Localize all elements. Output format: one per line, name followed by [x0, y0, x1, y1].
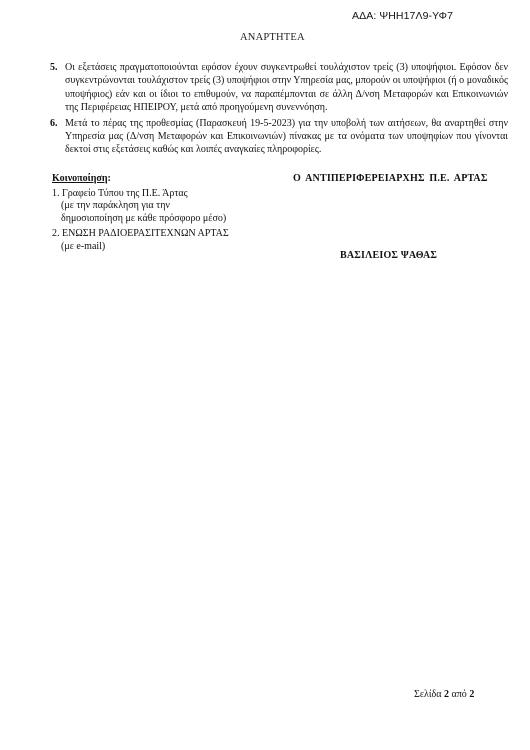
page-total: 2: [469, 689, 474, 700]
page-of-label: από: [452, 689, 467, 700]
item-number: 6.: [50, 117, 58, 130]
distribution-recipient: 1. Γραφείο Τύπου της Π.Ε. Άρτας: [52, 188, 188, 199]
list-item: 6. Μετά το πέρας της προθεσμίας (Παρασκε…: [50, 117, 508, 157]
signer-name: ΒΑΣΙΛΕΙΟΣ ΨΑΘΑΣ: [340, 250, 437, 261]
numbered-items: 5. Οι εξετάσεις πραγματοποιούνται εφόσον…: [50, 61, 508, 159]
signer-title: Ο ΑΝΤΙΠΕΡΙΦΕΡΕΙΑΡΧΗΣ Π.Ε. ΑΡΤΑΣ: [293, 173, 488, 184]
distribution-title-text: Κοινοποίηση: [52, 173, 108, 184]
distribution-entry: 2. ΕΝΩΣΗ ΡΑΔΙΟΕΡΑΣΙΤΕΧΝΩΝ ΑΡΤΑΣ (με e-ma…: [52, 228, 272, 253]
posting-stamp: ΑΝΑΡΤΗΤΕΑ: [240, 32, 305, 43]
distribution-note: δημοσιοποίηση με κάθε πρόσφορο μέσο): [52, 213, 272, 225]
ada-code: ΑΔΑ: ΨΗΗ17Λ9-ΥΦ7: [352, 10, 453, 22]
page-current: 2: [444, 689, 449, 700]
list-item: 5. Οι εξετάσεις πραγματοποιούνται εφόσον…: [50, 61, 508, 115]
distribution-recipient: 2. ΕΝΩΣΗ ΡΑΔΙΟΕΡΑΣΙΤΕΧΝΩΝ ΑΡΤΑΣ: [52, 228, 229, 239]
item-number: 5.: [50, 61, 58, 74]
distribution-note: (με την παράκληση για την: [52, 200, 272, 212]
distribution-entry: 1. Γραφείο Τύπου της Π.Ε. Άρτας (με την …: [52, 188, 272, 225]
page-label: Σελίδα: [414, 689, 442, 700]
distribution-note: (με e-mail): [52, 241, 272, 253]
distribution-title-colon: :: [108, 173, 111, 184]
distribution-list: 1. Γραφείο Τύπου της Π.Ε. Άρτας (με την …: [52, 188, 272, 256]
item-text: Μετά το πέρας της προθεσμίας (Παρασκευή …: [65, 117, 508, 157]
distribution-title: Κοινοποίηση:: [52, 173, 111, 184]
item-text: Οι εξετάσεις πραγματοποιούνται εφόσον έχ…: [65, 61, 508, 115]
page-number: Σελίδα 2 από 2: [414, 689, 474, 700]
